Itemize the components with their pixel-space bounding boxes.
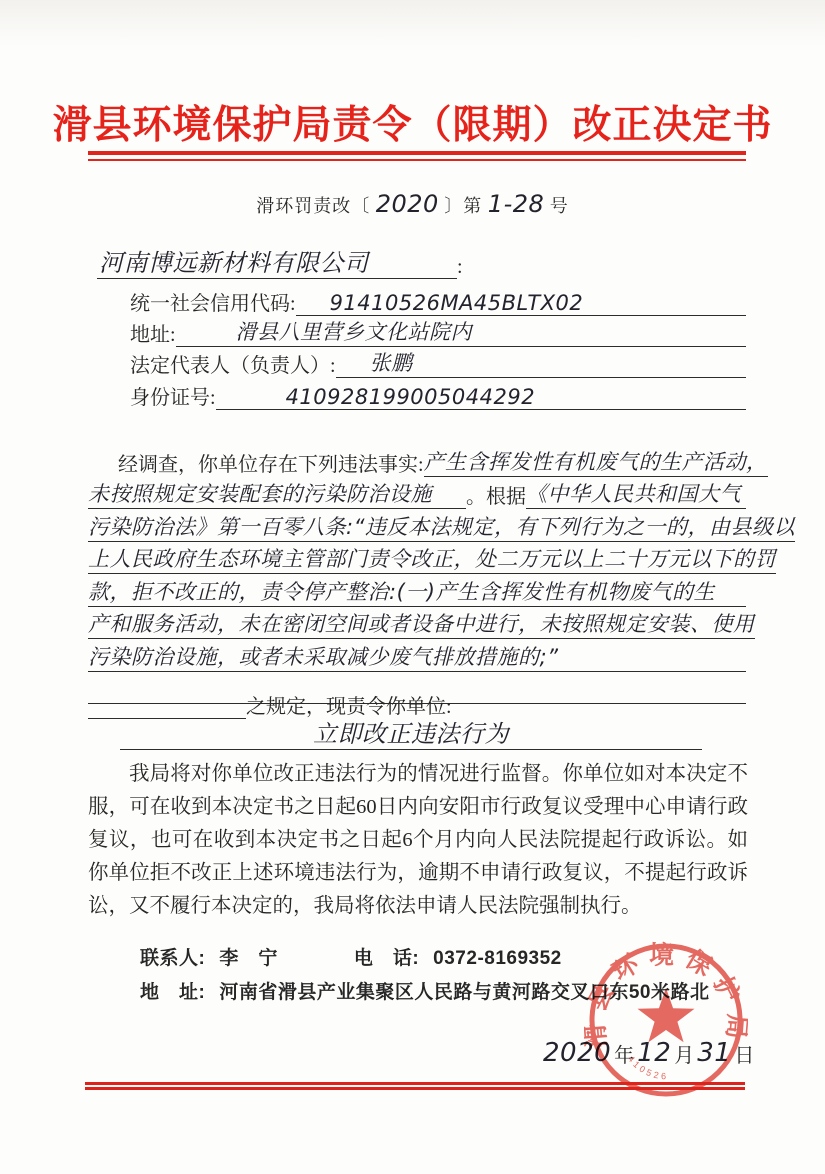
field-legal-representative-underline: 张鹏 (336, 349, 746, 378)
field-address-underline: 滑县八里营乡文化站院内 (176, 318, 746, 347)
field-legal-representative-value-handwritten: 张鹏 (370, 347, 413, 377)
field-address-label: 地址: (130, 318, 176, 347)
svg-text:410526: 410526 (626, 1054, 669, 1082)
facts-line-4: 上人民政府生态环境主管部门责令改正，处二万元以上二十万元以下的罚 (88, 542, 746, 575)
facts-line-2-underline-a: 未按照规定安装配套的污染防治设施 (88, 478, 466, 509)
official-seal: 滑县环境保护局 410526 (584, 940, 748, 1104)
order-content-handwritten: 立即改正违法行为 (313, 720, 509, 748)
facts-line-2-underline-b: 《中华人民共和国大气 (526, 478, 746, 509)
recipient-colon: : (457, 256, 463, 279)
facts-line-6: 产和服务活动，未在密闭空间或者设备中进行，未按照规定安装、使用 (88, 607, 746, 640)
field-credit-code-label: 统一社会信用代码: (130, 287, 296, 316)
field-credit-code-value-handwritten: 91410526MA45BLTX02 (330, 291, 584, 315)
facts-line-2-handwritten: 未按照规定安装配套的污染防治设施 (88, 482, 432, 506)
recipient-line: 河南博远新材料有限公司 : (97, 246, 463, 279)
field-credit-code-underline: 91410526MA45BLTX02 (296, 287, 746, 316)
facts-line-1: 经调查，你单位存在下列违法事实: 产生含挥发性有机废气的生产活动， (88, 444, 746, 477)
footer-divider-bottom (85, 1087, 745, 1090)
facts-line-3: 污染防治法》第一百零八条:“违反本法规定，有下列行为之一的，由县级以 (88, 509, 746, 542)
page-title: 滑县环境保护局责令（限期）改正决定书 (0, 94, 825, 150)
field-address: 地址: 滑县八里营乡文化站院内 (130, 319, 746, 347)
title-divider-thick (88, 151, 746, 155)
supervision-paragraph: 我局将对你单位改正违法行为的情况进行监督。你单位如对本决定不服，可在收到本决定书… (88, 758, 748, 923)
field-address-value-handwritten: 滑县八里营乡文化站院内 (236, 316, 473, 346)
doc-number: 滑环罚责改〔 2020 〕第 1-28 号 (0, 190, 825, 218)
field-credit-code: 统一社会信用代码: 91410526MA45BLTX02 (130, 288, 746, 316)
contact-address-label: 地 址: (140, 982, 205, 1003)
recipient-underline: 河南博远新材料有限公司 (97, 246, 457, 279)
field-id-number-value-handwritten: 410928199005044292 (286, 385, 536, 409)
facts-line-7-handwritten: 污染防治设施，或者未采取减少废气排放措施的;” (88, 641, 558, 671)
facts-line-2: 未按照规定安装配套的污染防治设施 。根据 《中华人民共和国大气 (88, 477, 746, 510)
order-content-underline: 立即改正违法行为 (120, 714, 702, 750)
seal-star-icon (638, 988, 695, 1042)
title-divider-thin (88, 159, 746, 161)
facts-line-3-handwritten: 污染防治法》第一百零八条:“违反本法规定，有下列行为之一的，由县级以 (88, 511, 795, 541)
facts-line-5-handwritten: 款，拒不改正的，责令停产整治:(一)产生含挥发性有机物废气的生 (88, 576, 715, 606)
facts-line-4-handwritten: 上人民政府生态环境主管部门责令改正，处二万元以上二十万元以下的罚 (88, 543, 776, 573)
field-id-number: 身份证号: 410928199005044292 (130, 382, 746, 410)
seal-code-text: 410526 (626, 1054, 669, 1082)
facts-line-5: 款，拒不改正的，责令停产整治:(一)产生含挥发性有机物废气的生 (88, 574, 746, 607)
contact-phone-label: 电 话: (354, 948, 419, 969)
doc-number-serial-handwritten: 1-28 (488, 190, 544, 218)
violation-facts-section: 经调查，你单位存在下列违法事实: 产生含挥发性有机废气的生产活动， 未按照规定安… (88, 444, 746, 704)
facts-lead: 经调查，你单位存在下列违法事实: (88, 448, 424, 477)
field-legal-representative-label: 法定代表人（负责人）: (130, 349, 336, 378)
facts-line-2b-handwritten: 《中华人民共和国大气 (526, 478, 741, 508)
facts-line-2-print: 。根据 (466, 480, 526, 509)
contact-phone-number: 0372-8169352 (433, 948, 562, 969)
doc-number-suffix: 号 (550, 196, 569, 216)
order-content-line: 立即改正违法行为 (120, 718, 702, 750)
footer-divider-top (85, 1082, 745, 1085)
doc-number-close: 〕第 (444, 196, 482, 216)
field-legal-representative: 法定代表人（负责人）: 张鹏 (130, 350, 746, 378)
scanned-document-page: 滑县环境保护局责令（限期）改正决定书 滑环罚责改〔 2020 〕第 1-28 号… (0, 0, 825, 1174)
field-id-number-underline: 410928199005044292 (216, 381, 746, 410)
contact-person-label: 联系人: (140, 948, 205, 969)
doc-number-year-handwritten: 2020 (376, 190, 439, 218)
field-id-number-label: 身份证号: (130, 381, 216, 410)
facts-line-6-handwritten: 产和服务活动，未在密闭空间或者设备中进行，未按照规定安装、使用 (88, 608, 755, 638)
recipient-company-handwritten: 河南博远新材料有限公司 (99, 243, 369, 278)
facts-line-7: 污染防治设施，或者未采取减少废气排放措施的;” (88, 639, 746, 672)
contact-person-line: 联系人:李 宁电 话:0372-8169352 (140, 943, 562, 970)
facts-line-1-handwritten: 产生含挥发性有机废气的生产活动， (424, 446, 768, 476)
contact-person-name: 李 宁 (219, 948, 278, 969)
facts-line-1-underline: 产生含挥发性有机废气的生产活动， (424, 446, 768, 477)
doc-number-prefix: 滑环罚责改〔 (256, 196, 370, 216)
